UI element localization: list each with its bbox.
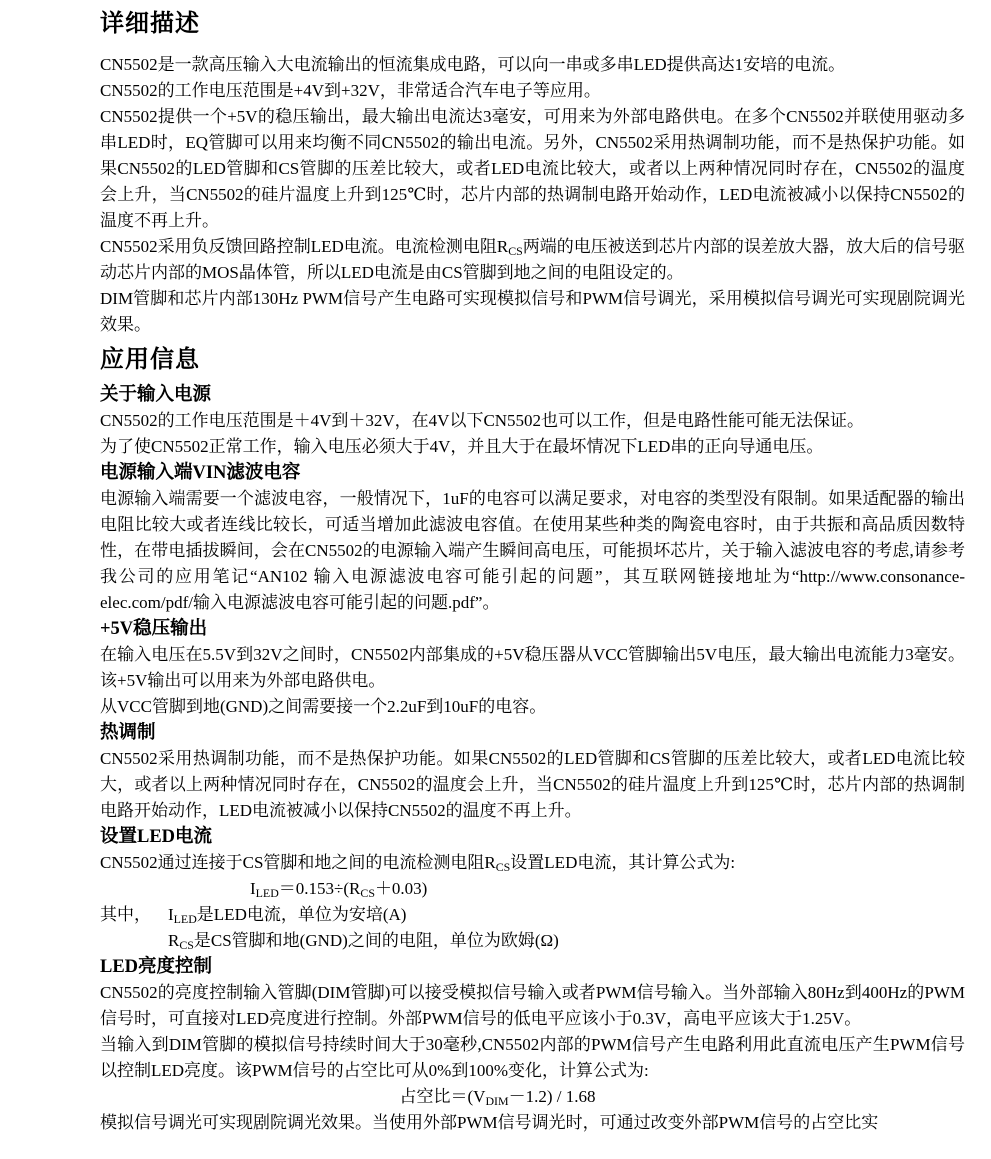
paragraph-text: 设置LED电流，其计算公式为: [510,853,735,872]
formula-where-line-1: 其中，ILED是LED电流，单位为安培(A) [100,902,965,928]
subheading-vin-filter-capacitor: 电源输入端VIN滤波电容 [100,460,965,486]
paragraph-text: CN5502通过连接于CS管脚和地之间的电流检测电阻R [100,853,496,872]
input-power-paragraph-1: CN5502的工作电压范围是＋4V到＋32V，在4V以下CN5502也可以工作，… [100,408,965,434]
led-current-formula: ILED＝0.153÷(RCS＋0.03) [100,876,965,902]
formula-where-line-2: RCS是CS管脚和地(GND)之间的电阻，单位为欧姆(Ω) [100,928,965,954]
where-definition: ILED是LED电流，单位为安培(A) [168,902,406,928]
paragraph-text: 是LED电流，单位为安培(A) [197,905,407,924]
detailed-description-paragraph-4: CN5502采用负反馈回路控制LED电流。电流检测电阻RCS两端的电压被送到芯片… [100,234,965,286]
led-brightness-paragraph-3: 模拟信号调光可实现剧院调光效果。当使用外部PWM信号调光时，可通过改变外部PWM… [100,1110,965,1136]
rcs-subscript: CS [508,244,523,258]
5v-output-paragraph-1: 在输入电压在5.5V到32V之间时，CN5502内部集成的+5V稳压器从VCC管… [100,642,965,694]
subheading-led-brightness-control: LED亮度控制 [100,954,965,980]
formula-text: ＋0.03) [375,879,427,898]
rcs-subscript: CS [496,860,511,874]
subheading-5v-regulated-output: +5V稳压输出 [100,616,965,642]
where-label: 其中， [100,902,168,928]
iled-subscript: LED [174,912,197,926]
formula-text: －1.2) / 1.68 [509,1087,596,1106]
led-brightness-paragraph-1: CN5502的亮度控制输入管脚(DIM管脚)可以接受模拟信号输入或者PWM信号输… [100,980,965,1032]
paragraph-text: 是CS管脚和地(GND)之间的电阻，单位为欧姆(Ω) [194,931,559,950]
vdim-subscript: DIM [485,1094,508,1108]
set-led-current-intro: CN5502通过连接于CS管脚和地之间的电流检测电阻RCS设置LED电流，其计算… [100,850,965,876]
rcs-subscript: CS [360,886,375,900]
rcs-subscript: CS [179,938,194,952]
led-brightness-paragraph-2: 当输入到DIM管脚的模拟信号持续时间大于30毫秒,CN5502内部的PWM信号产… [100,1032,965,1084]
detailed-description-paragraph-2: CN5502的工作电压范围是+4V到+32V，非常适合汽车电子等应用。 [100,78,965,104]
subheading-set-led-current: 设置LED电流 [100,824,965,850]
detailed-description-paragraph-5: DIM管脚和芯片内部130Hz PWM信号产生电路可实现模拟信号和PWM信号调光… [100,286,965,338]
subheading-input-power: 关于输入电源 [100,382,965,408]
datasheet-page: 详细描述 CN5502是一款高压输入大电流输出的恒流集成电路，可以向一串或多串L… [0,0,991,1159]
formula-text: ＝0.153÷(R [279,879,361,898]
detailed-description-paragraph-3: CN5502提供一个+5V的稳压输出，最大输出电流达3毫安，可用来为外部电路供电… [100,104,965,234]
duty-cycle-formula: 占空比＝(VDIM－1.2) / 1.68 [100,1084,965,1110]
formula-text: 占空比＝(V [400,1087,486,1106]
paragraph-text: R [168,931,179,950]
input-power-paragraph-2: 为了使CN5502正常工作，输入电压必须大于4V，并且大于在最坏情况下LED串的… [100,434,965,460]
vin-filter-paragraph: 电源输入端需要一个滤波电容，一般情况下，1uF的电容可以满足要求，对电容的类型没… [100,486,965,616]
detailed-description-paragraph-1: CN5502是一款高压输入大电流输出的恒流集成电路，可以向一串或多串LED提供高… [100,52,965,78]
paragraph-text: CN5502采用负反馈回路控制LED电流。电流检测电阻R [100,237,508,256]
iled-subscript: LED [256,886,279,900]
section-heading-application-info: 应用信息 [100,344,965,376]
thermal-modulation-paragraph: CN5502采用热调制功能，而不是热保护功能。如果CN5502的LED管脚和CS… [100,746,965,824]
5v-output-paragraph-2: 从VCC管脚到地(GND)之间需要接一个2.2uF到10uF的电容。 [100,694,965,720]
subheading-thermal-modulation: 热调制 [100,720,965,746]
section-heading-detailed-description: 详细描述 [100,8,965,40]
